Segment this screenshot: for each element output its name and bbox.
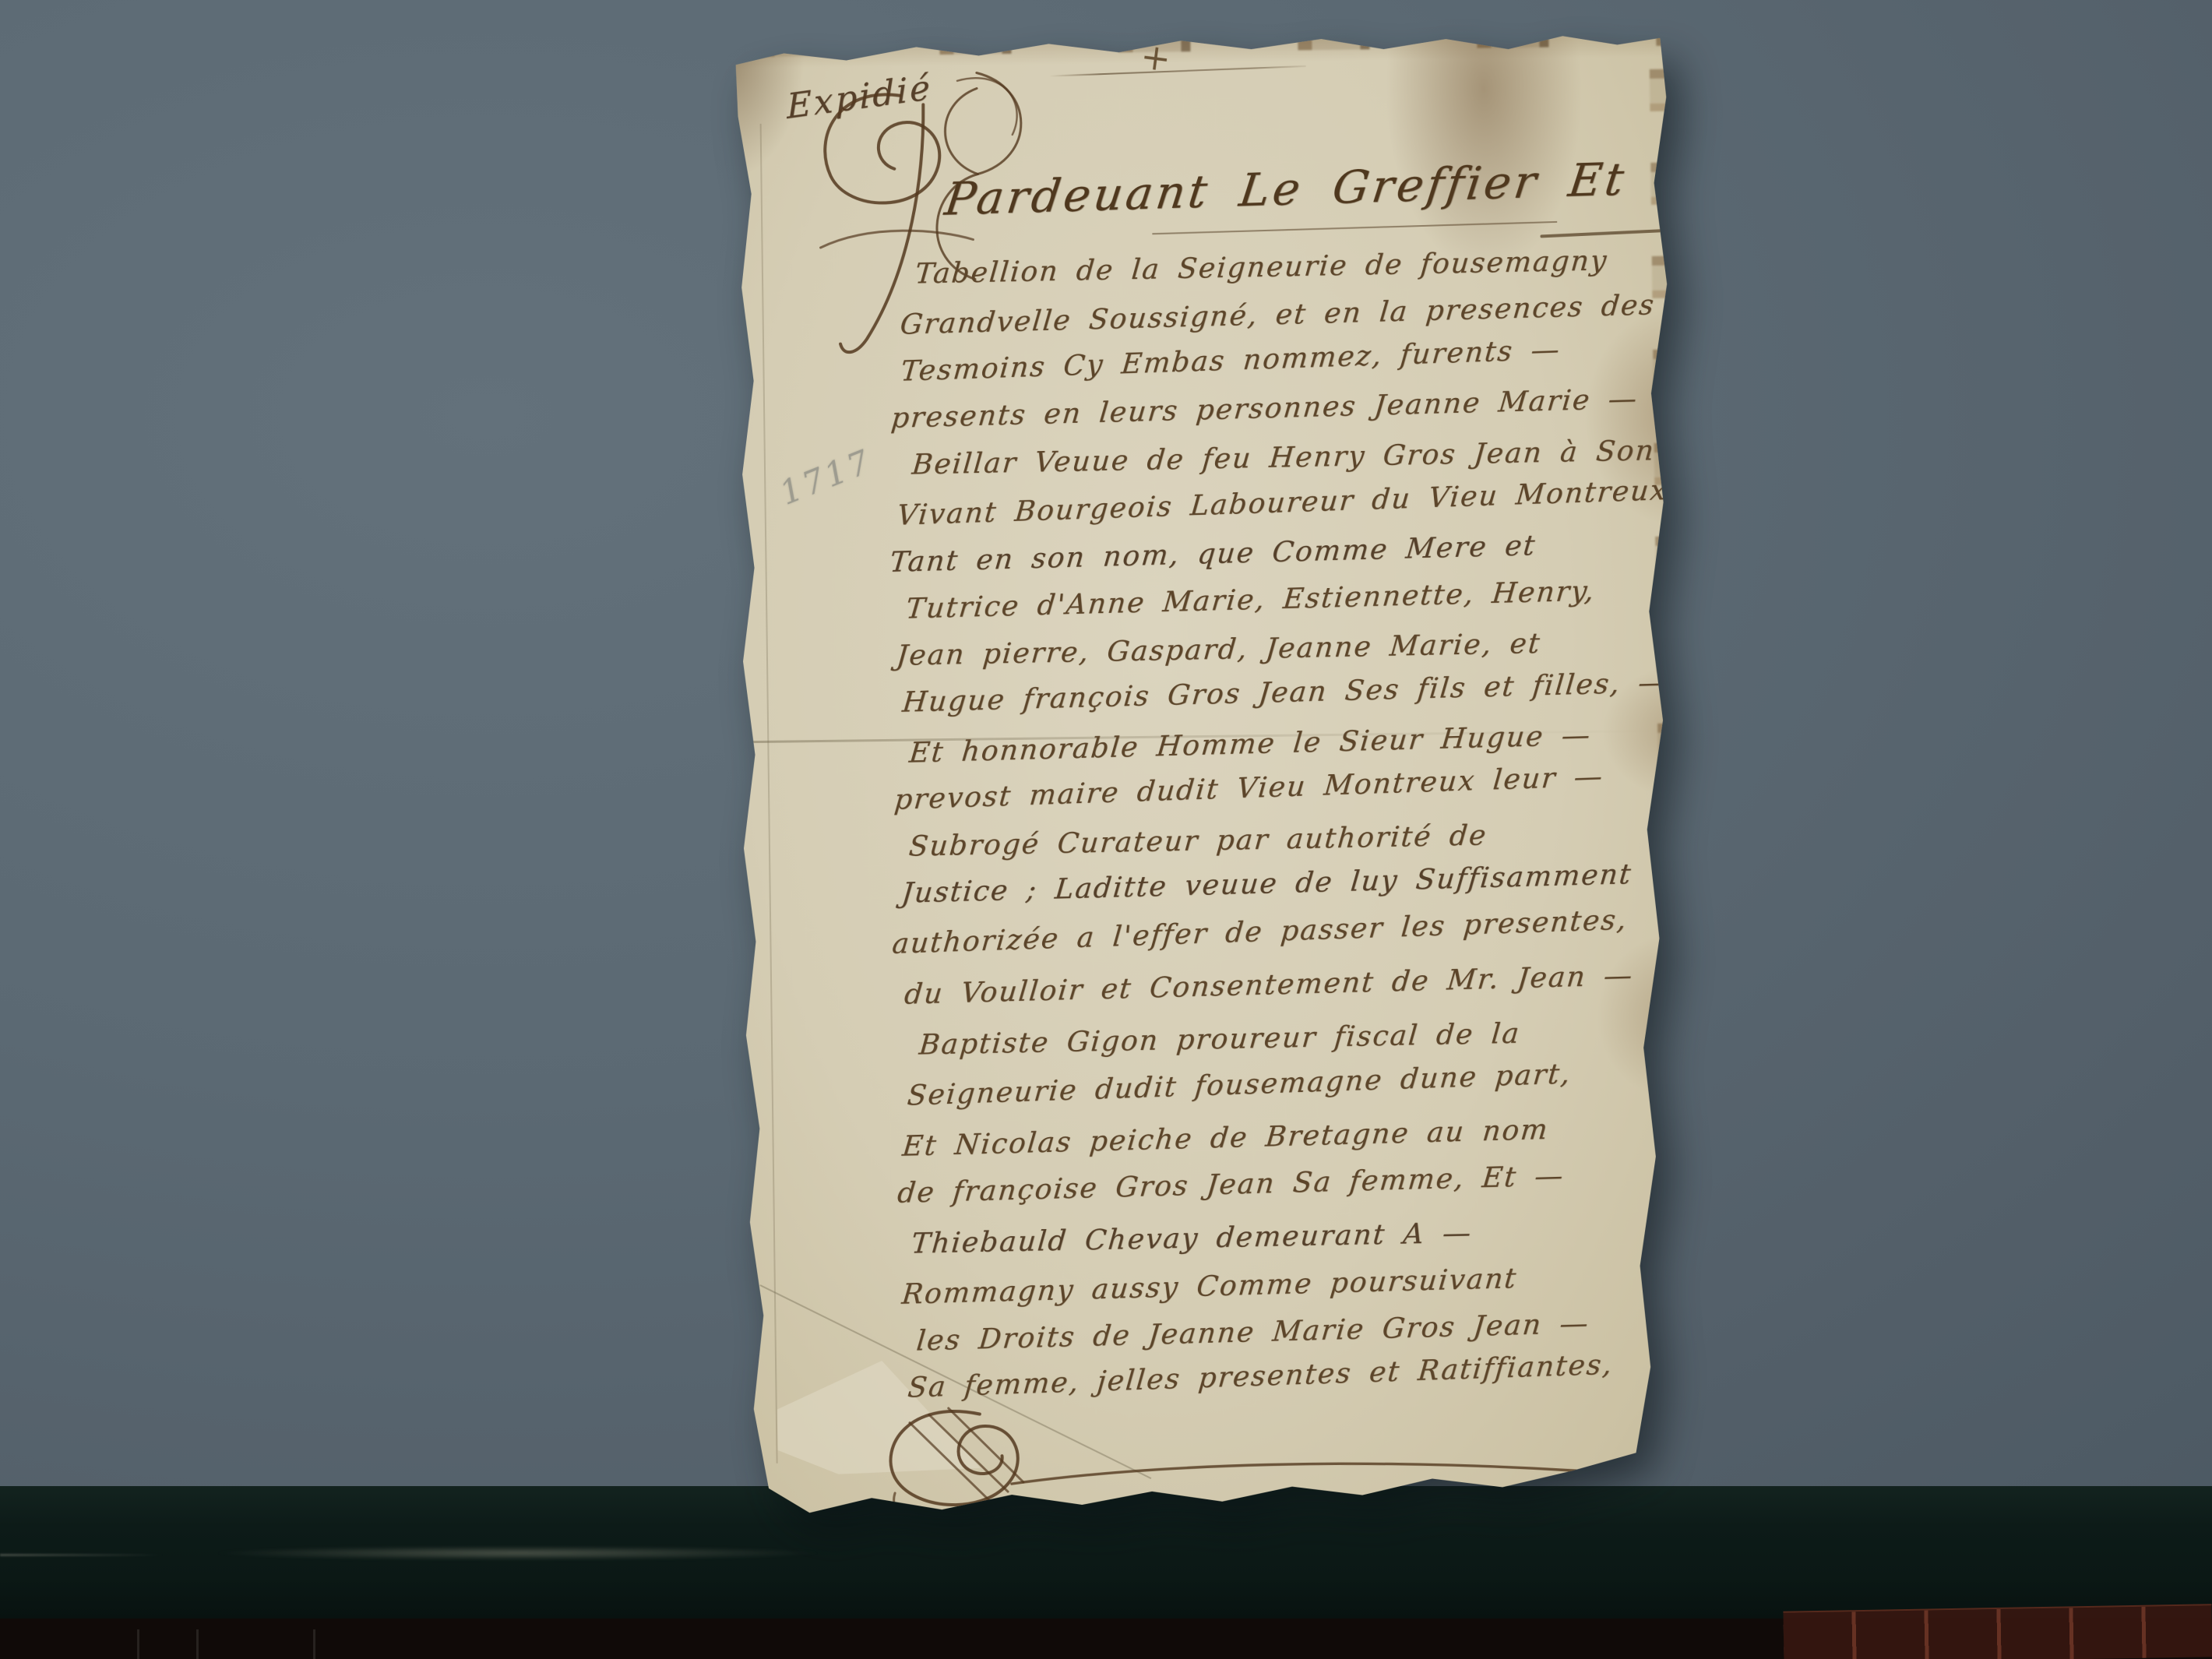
manuscript-line: prevost maire dudit Vieu Montreux leur — [893,761,1604,816]
manuscript-line: Beillar Veuue de feu Henry Gros Jean à S… [911,435,1656,481]
manuscript-line: Tesmoins Cy Embas nommez, furents — [900,334,1562,388]
manuscript-line: authorizée a l'effer de passer les prese… [891,904,1629,960]
floor-tile-line [196,1629,199,1659]
manuscript-line: Grandvelle Soussigné, et en la presences… [899,289,1657,340]
manuscript-line: Vivant Bourgeois Laboureur du Vieu Montr… [896,474,1669,532]
manuscript-line: du Voulloir et Consentement de Mr. Jean … [903,960,1635,1011]
manuscript-page: Expidié + Pardeuant Le Greffier Et Tabel… [713,27,1693,1538]
manuscript-page-wrap: Expidié + Pardeuant Le Greffier Et Tabel… [713,27,1693,1542]
manuscript-line: Et Nicolas peiche de Bretagne au nom [901,1114,1551,1163]
table-scuff-mark [210,1546,826,1560]
manuscript-line: Justice ; Laditte veuue de luy Suffisamm… [900,858,1634,910]
manuscript-line: Hugue françois Gros Jean Ses fils et fil… [901,667,1670,719]
manuscript-line: Seigneurie dudit fousemagne dune part, [906,1058,1573,1111]
manuscript-line: Baptiste Gigon proureur fiscal de la [918,1018,1521,1062]
manuscript-line: de françoise Gros Jean Sa femme, Et — [896,1160,1566,1209]
manuscript-line: Subrogé Curateur par authorité de [907,819,1488,862]
manuscript-line: Tutrice d'Anne Marie, Estiennette, Henry… [904,575,1597,625]
manuscript-line: les Droits de Jeanne Marie Gros Jean — [915,1308,1591,1358]
manuscript-line: Et honnorable Homme le Sieur Hugue — [908,720,1593,770]
floor-tile-line [313,1629,315,1659]
floor-tile-line [137,1629,139,1659]
manuscript-line: Tant en son nom, que Comme Mere et [889,530,1538,579]
manuscript-body: Tabellion de la Seigneurie de fousemagny… [713,27,1693,1538]
table-scratch [0,1554,164,1556]
manuscript-line: presents en leurs personnes Jeanne Marie… [889,383,1640,435]
manuscript-line: Jean pierre, Gaspard, Jeanne Marie, et [895,628,1542,672]
manuscript-line: Rommagny aussy Comme poursuivant [900,1263,1519,1311]
manuscript-line: Thiebauld Chevay demeurant A — [910,1217,1473,1260]
paraph-flourish-icon [863,1383,1581,1540]
floor-tiles [1783,1604,2212,1659]
manuscript-line: Tabellion de la Seigneurie de fousemagny [914,245,1609,290]
